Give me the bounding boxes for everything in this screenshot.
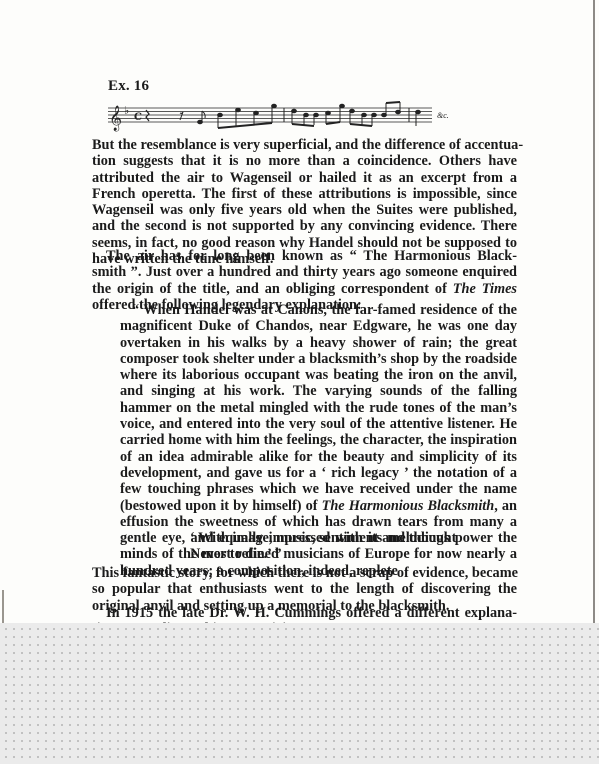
text-line: “ When Handel was at Canons, the far-fam… xyxy=(120,302,517,318)
text-line: In 1915 the late Dr. W. H. Cummings offe… xyxy=(92,605,517,621)
text-line: composer took shelter under a blacksmith… xyxy=(120,351,517,367)
text-line: and singing at his work. The varying sou… xyxy=(120,383,517,399)
text-line: carried home with him the feelings, the … xyxy=(120,432,517,448)
text-line: the origin of the title, and an obliging… xyxy=(92,281,517,297)
text-line: few touching phrases which we have recei… xyxy=(120,481,517,497)
verse-line: Never to die.’ ” xyxy=(190,546,282,562)
example-label: Ex. 16 xyxy=(108,78,149,95)
svg-text:𝄞: 𝄞 xyxy=(109,105,122,131)
text-line: This fantastic story, for which there is… xyxy=(92,565,517,581)
text-line: tion suggests that it is no more than a … xyxy=(92,153,517,169)
music-staff-example: 𝄞 ♭ C &c. xyxy=(104,98,464,134)
text-span: , an xyxy=(494,498,517,514)
unloaded-region-overlay xyxy=(0,623,599,764)
text-line: overtaken in his walks by a heavy shower… xyxy=(120,335,517,351)
page-edge xyxy=(2,590,4,623)
text-line: The air has for long been known as “ The… xyxy=(92,248,517,264)
italic-title: The Harmonious Blacksmith xyxy=(322,498,495,514)
text-line: hammer on the metal mingled with the rud… xyxy=(120,400,517,416)
text-line: smith ”. Just over a hundred and thirty … xyxy=(92,264,517,280)
text-line: attributed the air to Wagenseil or haile… xyxy=(92,170,517,186)
staff-tail-text: &c. xyxy=(437,111,449,120)
text-span: (bestowed upon it by himself) of xyxy=(120,498,322,514)
text-line: effusion the sweetness of which has draw… xyxy=(120,514,517,530)
text-line: of an idea admirable alike for the beaut… xyxy=(120,449,517,465)
svg-text:C: C xyxy=(134,112,142,123)
text-line: development, and gave us for a ‘ rich le… xyxy=(120,465,517,481)
text-line: French operetta. The first of these attr… xyxy=(92,186,517,202)
svg-text:♭: ♭ xyxy=(124,104,129,117)
text-line: (bestowed upon it by himself) of The Har… xyxy=(120,498,517,514)
page-edge xyxy=(593,0,595,623)
italic-title: The Times xyxy=(453,281,517,297)
text-line: minds of the most refined musicians of E… xyxy=(120,546,517,562)
text-line: voice, and entered into the very soul of… xyxy=(120,416,517,432)
text-span: the origin of the title, and an obliging… xyxy=(92,281,453,297)
text-line: But the resemblance is very superficial,… xyxy=(92,137,517,153)
text-line: where its laborious occupant was beating… xyxy=(120,367,517,383)
verse-line: ‘ With image, music, sentiment and thoug… xyxy=(190,530,456,546)
text-line: magnificent Duke of Chandos, near Edgwar… xyxy=(120,318,517,334)
text-line: so popular that enthusiasts went to the … xyxy=(92,581,517,597)
text-line: and the second is not supported by any c… xyxy=(92,218,517,234)
text-line: Wagenseil was only five years old when t… xyxy=(92,202,517,218)
